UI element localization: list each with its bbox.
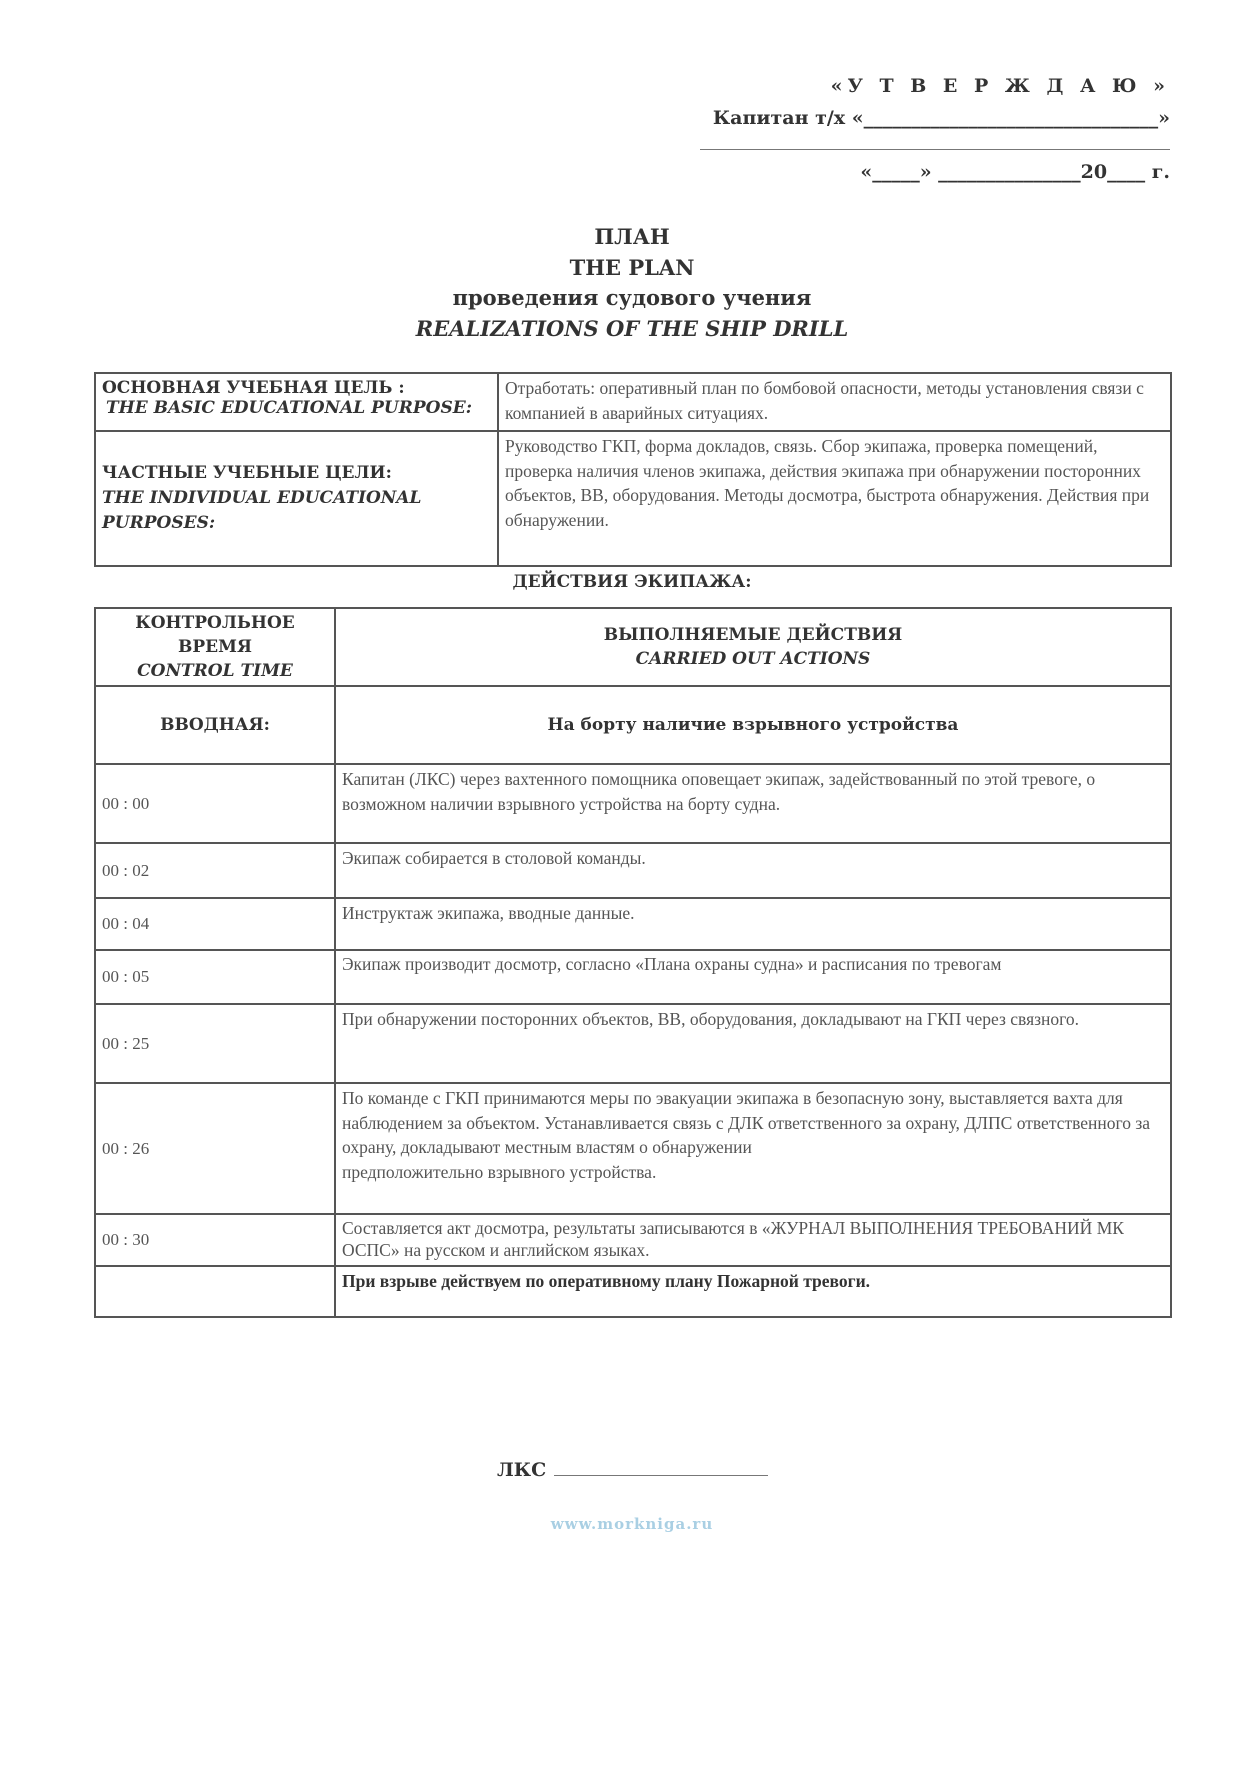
signature-block: ЛКС <box>497 1457 768 1481</box>
signature-label: ЛКС <box>497 1459 546 1481</box>
row-time <box>95 1266 335 1317</box>
intro-value: На борту наличие взрывного устройства <box>335 686 1171 764</box>
intro-row: ВВОДНАЯ: На борту наличие взрывного устр… <box>95 686 1171 764</box>
row-action-line-1: По команде с ГКП принимаются меры по эва… <box>342 1086 1164 1160</box>
basic-purpose-label: ОСНОВНАЯ УЧЕБНАЯ ЦЕЛЬ : THE BASIC EDUCAT… <box>95 373 498 431</box>
subtitle-ru: проведения судового учения <box>0 283 1250 314</box>
crew-actions-table: КОНТРОЛЬНОЕ ВРЕМЯ CONTROL TIME ВЫПОЛНЯЕМ… <box>94 607 1172 1318</box>
approval-block: «У Т В Е Р Ж Д А Ю » Капитан т/х «______… <box>700 70 1170 188</box>
individual-purpose-row: ЧАСТНЫЕ УЧЕБНЫЕ ЦЕЛИ: THE INDIVIDUAL EDU… <box>95 431 1171 566</box>
row-action: Экипаж собирается в столовой команды. <box>335 843 1171 898</box>
watermark: www.morkniga.ru <box>0 1515 1250 1533</box>
actions-header-row: КОНТРОЛЬНОЕ ВРЕМЯ CONTROL TIME ВЫПОЛНЯЕМ… <box>95 608 1171 686</box>
individual-purpose-label-ru: ЧАСТНЫЕ УЧЕБНЫЕ ЦЕЛИ: <box>102 461 491 486</box>
row-action: При обнаружении посторонних объектов, ВВ… <box>335 1004 1171 1083</box>
row-action: При взрыве действуем по оперативному пла… <box>335 1266 1171 1317</box>
intro-label: ВВОДНАЯ: <box>95 686 335 764</box>
row-time: 00 : 30 <box>95 1214 335 1266</box>
row-time: 00 : 02 <box>95 843 335 898</box>
basic-purpose-row: ОСНОВНАЯ УЧЕБНАЯ ЦЕЛЬ : THE BASIC EDUCAT… <box>95 373 1171 431</box>
row-time: 00 : 26 <box>95 1083 335 1214</box>
title-en: THE PLAN <box>0 253 1250 284</box>
control-time-ru-1: КОНТРОЛЬНОЕ <box>96 611 334 635</box>
table-row: 00 : 05 Экипаж производит досмотр, согла… <box>95 950 1171 1004</box>
basic-purpose-label-ru: ОСНОВНАЯ УЧЕБНАЯ ЦЕЛЬ : <box>102 378 491 398</box>
row-action: Инструктаж экипажа, вводные данные. <box>335 898 1171 950</box>
signature-rule <box>700 148 1170 150</box>
row-action: Капитан (ЛКС) через вахтенного помощника… <box>335 764 1171 843</box>
approval-stamp: «У Т В Е Р Ж Д А Ю » <box>700 70 1170 102</box>
row-time: 00 : 00 <box>95 764 335 843</box>
table-row: 00 : 25 При обнаружении посторонних объе… <box>95 1004 1171 1083</box>
crew-actions-heading: ДЕЙСТВИЯ ЭКИПАЖА: <box>0 572 1250 592</box>
control-time-en: CONTROL TIME <box>96 659 334 683</box>
purposes-table: ОСНОВНАЯ УЧЕБНАЯ ЦЕЛЬ : THE BASIC EDUCAT… <box>94 372 1172 567</box>
actions-header-ru: ВЫПОЛНЯЕМЫЕ ДЕЙСТВИЯ <box>336 623 1170 647</box>
table-row: 00 : 30 Составляется акт досмотра, резул… <box>95 1214 1171 1266</box>
title-ru: ПЛАН <box>0 222 1250 253</box>
control-time-ru-2: ВРЕМЯ <box>96 635 334 659</box>
table-row: 00 : 26 По команде с ГКП принимаются мер… <box>95 1083 1171 1214</box>
basic-purpose-value: Отработать: оперативный план по бомбовой… <box>498 373 1171 431</box>
table-row: 00 : 02 Экипаж собирается в столовой ком… <box>95 843 1171 898</box>
control-time-header: КОНТРОЛЬНОЕ ВРЕМЯ CONTROL TIME <box>95 608 335 686</box>
basic-purpose-label-en: THE BASIC EDUCATIONAL PURPOSE: <box>102 398 491 418</box>
row-time: 00 : 04 <box>95 898 335 950</box>
individual-purpose-label: ЧАСТНЫЕ УЧЕБНЫЕ ЦЕЛИ: THE INDIVIDUAL EDU… <box>95 431 498 566</box>
captain-line: Капитан т/х «___________________________… <box>700 102 1170 134</box>
row-time: 00 : 25 <box>95 1004 335 1083</box>
individual-purpose-label-en: THE INDIVIDUAL EDUCATIONAL PURPOSES: <box>102 486 491 536</box>
table-row: 00 : 04 Инструктаж экипажа, вводные данн… <box>95 898 1171 950</box>
actions-header-en: CARRIED OUT ACTIONS <box>336 647 1170 671</box>
date-line: «_____» _______________20____ г. <box>700 156 1170 188</box>
document-title: ПЛАН THE PLAN проведения судового учения… <box>0 222 1250 344</box>
row-action-line-2: предположительно взрывного устройства. <box>342 1160 1164 1185</box>
signature-blank <box>554 1457 768 1476</box>
row-time: 00 : 05 <box>95 950 335 1004</box>
subtitle-en: REALIZATIONS OF THE SHIP DRILL <box>0 314 1250 345</box>
row-action: Экипаж производит досмотр, согласно «Пла… <box>335 950 1171 1004</box>
table-row: При взрыве действуем по оперативному пла… <box>95 1266 1171 1317</box>
actions-header: ВЫПОЛНЯЕМЫЕ ДЕЙСТВИЯ CARRIED OUT ACTIONS <box>335 608 1171 686</box>
table-row: 00 : 00 Капитан (ЛКС) через вахтенного п… <box>95 764 1171 843</box>
row-action: Составляется акт досмотра, результаты за… <box>335 1214 1171 1266</box>
individual-purpose-value: Руководство ГКП, форма докладов, связь. … <box>498 431 1171 566</box>
row-action: По команде с ГКП принимаются меры по эва… <box>335 1083 1171 1214</box>
